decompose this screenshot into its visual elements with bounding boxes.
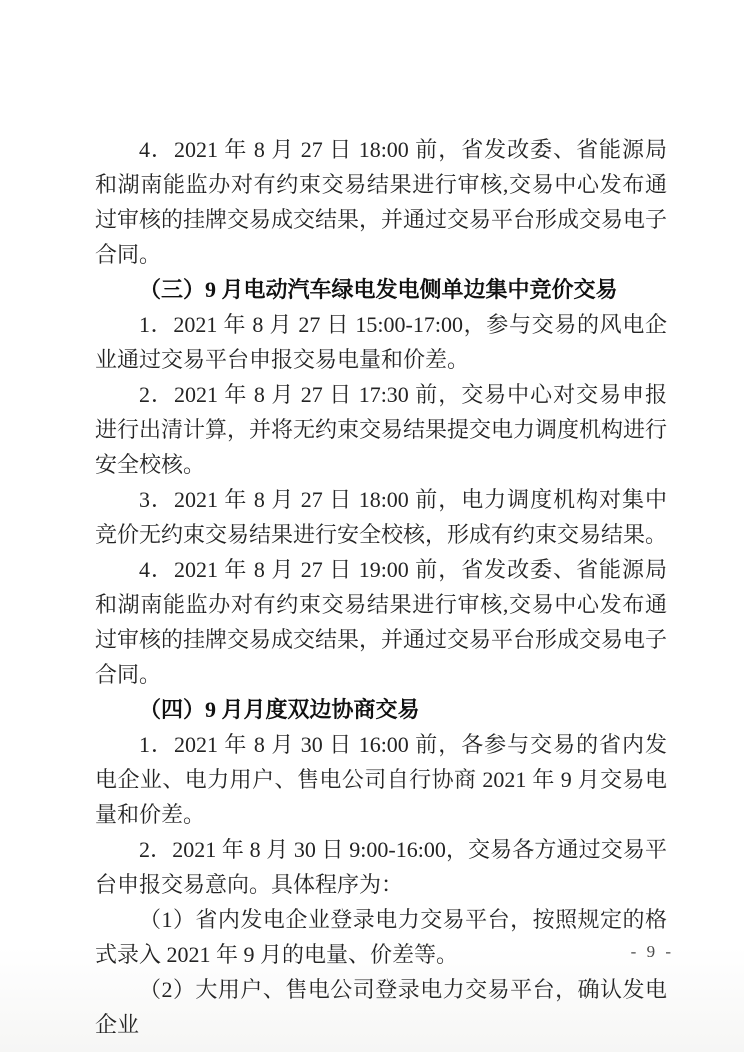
section-heading: （四）9 月月度双边协商交易: [95, 692, 667, 727]
paragraph: 3．2021 年 8 月 27 日 18:00 前，电力调度机构对集中竞价无约束…: [95, 482, 667, 552]
paragraph: 2．2021 年 8 月 27 日 17:30 前，交易中心对交易申报进行出清计…: [95, 377, 667, 482]
paragraph: 2．2021 年 8 月 30 日 9:00-16:00，交易各方通过交易平台申…: [95, 832, 667, 902]
document-body: 4．2021 年 8 月 27 日 18:00 前，省发改委、省能源局和湖南能监…: [95, 132, 667, 1042]
document-page: 4．2021 年 8 月 27 日 18:00 前，省发改委、省能源局和湖南能监…: [0, 0, 744, 1052]
paragraph: 4．2021 年 8 月 27 日 19:00 前，省发改委、省能源局和湖南能监…: [95, 552, 667, 692]
paragraph: 4．2021 年 8 月 27 日 18:00 前，省发改委、省能源局和湖南能监…: [95, 132, 667, 272]
page-number: - 9 -: [631, 942, 674, 962]
section-heading: （三）9 月电动汽车绿电发电侧单边集中竞价交易: [95, 272, 667, 307]
paragraph: （2）大用户、售电公司登录电力交易平台，确认发电企业: [95, 972, 667, 1042]
paragraph: 1．2021 年 8 月 30 日 16:00 前，各参与交易的省内发电企业、电…: [95, 727, 667, 832]
paragraph: 1．2021 年 8 月 27 日 15:00-17:00，参与交易的风电企业通…: [95, 307, 667, 377]
paragraph: （1）省内发电企业登录电力交易平台，按照规定的格式录入 2021 年 9 月的电…: [95, 902, 667, 972]
